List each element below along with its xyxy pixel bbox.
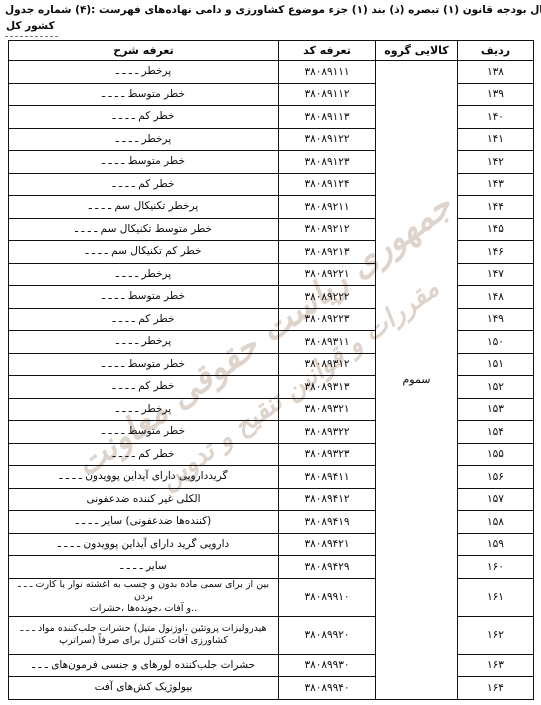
- tariff-code-cell: ۳۸۰۸۹۲۱۱: [279, 196, 376, 219]
- row-number-cell: ۱۶۰: [458, 556, 534, 579]
- tariff-description-cell: ـ‎ ـ‎ ـ‎ ـ‎ سایر‎ (ضدعفونی‎ کننده‌ها): [9, 511, 279, 534]
- tariff-code-cell: ۳۸۰۸۹۲۲۱: [279, 263, 376, 286]
- row-number-cell: ۱۵۴: [458, 421, 534, 444]
- tariff-description-cell: ـ‎ ـ‎ ـ‎ ـ‎ متوسط‎ خطر: [9, 151, 279, 174]
- header-goods-group: گروه‎ کالایی: [376, 41, 458, 61]
- row-number-cell: ۱۵۲: [458, 376, 534, 399]
- row-number-cell: ۱۳۹: [458, 83, 534, 106]
- tariff-description-cell: ـ‎ ـ‎ ـ‎ ـ‎ پوویدون‎ آیداین‎ دارای‎ گرید…: [9, 466, 279, 489]
- tariff-description-cell: ـ‎ ـ‎ ـ‎ ـ‎ کم‎ خطر: [9, 173, 279, 196]
- title-line-2: کل‎ کشور: [5, 19, 538, 37]
- row-number-cell: ۱۴۶: [458, 241, 534, 264]
- document-title: جدول‎ شماره‎ (۴):‎ فهرست‎ نهاده‌های‎ دام…: [5, 3, 538, 37]
- tariff-code-cell: ۳۸۰۸۹۱۱۳: [279, 106, 376, 129]
- title-line-1: جدول‎ شماره‎ (۴):‎ فهرست‎ نهاده‌های‎ دام…: [5, 3, 538, 19]
- row-number-cell: ۱۴۸: [458, 286, 534, 309]
- tariff-description-cell: ـ‎ ـ‎ ـ‎ ـ‎ پرخطر: [9, 331, 279, 354]
- row-number-cell: ۱۳۸: [458, 61, 534, 84]
- tariff-code-cell: ۳۸۰۸۹۲۲۳: [279, 308, 376, 331]
- row-number-cell: ۱۴۲: [458, 151, 534, 174]
- tariff-description-cell: ـ‎ ـ‎ ـ‎ ـ‎ متوسط‎ خطر: [9, 421, 279, 444]
- tariff-description-cell: ـ‎ ـ‎ ـ‎ ـ‎ متوسط‎ خطر: [9, 353, 279, 376]
- row-number-cell: ۱۶۱: [458, 578, 534, 616]
- row-number-cell: ۱۴۳: [458, 173, 534, 196]
- tariff-code-cell: ۳۸۰۸۹۲۱۲: [279, 218, 376, 241]
- tariff-description-cell: ـ‎ ـ‎ ـ‎ ـ‎ سم‎ تکنیکال‎ متوسط‎ خطر: [9, 218, 279, 241]
- tariff-table: شرح‎ تعرفه کد‎ تعرفه گروه‎ کالایی ردیف ـ…: [8, 40, 534, 700]
- tariff-code-cell: ۳۸۰۸۹۳۲۲: [279, 421, 376, 444]
- tariff-description-cell: ـ‎ ـ‎ ـ‎ مواد‎ جلب‌کننده‎ حشرات‎ (متیل‎ …: [9, 616, 279, 654]
- tariff-code-cell: ۳۸۰۸۹۴۲۱: [279, 533, 376, 556]
- tariff-code-cell: ۳۸۰۸۹۳۱۱: [279, 331, 376, 354]
- row-number-cell: ۱۵۶: [458, 466, 534, 489]
- header-tariff-description: شرح‎ تعرفه: [9, 41, 279, 61]
- table-header-row: شرح‎ تعرفه کد‎ تعرفه گروه‎ کالایی ردیف: [9, 41, 534, 61]
- document-page: معاونت‎ حقوقی‎ ریاست‎ جمهوری تدوین‎ و‎ ت…: [0, 0, 541, 705]
- header-row-number: ردیف: [458, 41, 534, 61]
- tariff-description-cell: ـ‎ ـ‎ ـ‎ ـ‎ پرخطر: [9, 128, 279, 151]
- tariff-code-cell: ۳۸۰۸۹۹۲۰: [279, 616, 376, 654]
- tariff-code-cell: ۳۸۰۸۹۱۲۲: [279, 128, 376, 151]
- tariff-description-cell: ـ‎ ـ‎ ـ‎ ـ‎ پوویدون‎ آیداین‎ دارای‎ گرید…: [9, 533, 279, 556]
- tariff-code-cell: ۳۸۰۸۹۳۱۳: [279, 376, 376, 399]
- tariff-code-cell: ۳۸۰۸۹۹۱۰: [279, 578, 376, 616]
- tariff-description-cell: ـ‎ ـ‎ ـ‎ ـ‎ کم‎ خطر: [9, 106, 279, 129]
- tariff-code-cell: ۳۸۰۸۹۹۳۰: [279, 654, 376, 677]
- tariff-code-cell: ۳۸۰۸۹۱۱۲: [279, 83, 376, 106]
- table-row: ـ‎ ـ‎ ـ‎ ـ‎ پرخطر۳۸۰۸۹۱۱۱سموم۱۳۸: [9, 61, 534, 84]
- tariff-description-cell: ـ‎ ـ‎ ـ‎ ـ‎ پرخطر: [9, 398, 279, 421]
- row-number-cell: ۱۶۲: [458, 616, 534, 654]
- tariff-code-cell: ۳۸۰۸۹۱۲۳: [279, 151, 376, 174]
- row-number-cell: ۱۵۵: [458, 443, 534, 466]
- tariff-description-cell: ـ‎ ـ‎ ـ‎ ـ‎ پرخطر: [9, 263, 279, 286]
- tariff-code-cell: ۳۸۰۸۹۳۱۲: [279, 353, 376, 376]
- header-tariff-code: کد‎ تعرفه: [279, 41, 376, 61]
- goods-group-cell: سموم: [376, 61, 458, 700]
- tariff-description-cell: ـ‎ ـ‎ ـ‎ ـ‎ سم‎ تکنیکال‎ کم‎ خطر: [9, 241, 279, 264]
- tariff-code-cell: ۳۸۰۸۹۴۱۹: [279, 511, 376, 534]
- tariff-description-cell: آفت‎ کش‌های‎ بیولوژیک: [9, 677, 279, 700]
- tariff-description-cell: ـ‎ ـ‎ ـ‎ ـ‎ کم‎ خطر: [9, 308, 279, 331]
- tariff-code-cell: ۳۸۰۸۹۹۴۰: [279, 677, 376, 700]
- row-number-cell: ۱۶۳: [458, 654, 534, 677]
- row-number-cell: ۱۵۷: [458, 488, 534, 511]
- row-number-cell: ۱۵۱: [458, 353, 534, 376]
- row-number-cell: ۱۴۷: [458, 263, 534, 286]
- row-number-cell: ۱۵۹: [458, 533, 534, 556]
- tariff-code-cell: ۳۸۰۸۹۱۲۴: [279, 173, 376, 196]
- tariff-code-cell: ۳۸۰۸۹۴۱۱: [279, 466, 376, 489]
- row-number-cell: ۱۵۳: [458, 398, 534, 421]
- tariff-description-cell: ضدعفونی‎ کننده‎ غیر‎ الکلی: [9, 488, 279, 511]
- row-number-cell: ۱۴۵: [458, 218, 534, 241]
- tariff-description-cell: ـ‎ ـ‎ ـ‎ ـ‎ متوسط‎ خطر: [9, 83, 279, 106]
- tariff-description-cell: ـ‎ ـ‎ ـ‎ ـ‎ پرخطر: [9, 61, 279, 84]
- tariff-code-cell: ۳۸۰۸۹۳۲۳: [279, 443, 376, 466]
- tariff-description-cell: ـ‎ ـ‎ ـ‎ ـ‎ سایر: [9, 556, 279, 579]
- tariff-code-cell: ۳۸۰۸۹۱۱۱: [279, 61, 376, 84]
- tariff-description-cell: ـ‎ ـ‎ ـ‎ ـ‎ متوسط‎ خطر: [9, 286, 279, 309]
- tariff-description-cell: ـ‎ ـ‎ ـ‎ کارت‎ یا‎ نوار‎ آغشته‎ به‎ چسب‎…: [9, 578, 279, 616]
- tariff-code-cell: ۳۸۰۸۹۴۲۹: [279, 556, 376, 579]
- row-number-cell: ۱۴۱: [458, 128, 534, 151]
- tariff-code-cell: ۳۸۰۸۹۲۲۲: [279, 286, 376, 309]
- tariff-code-cell: ۳۸۰۸۹۲۱۳: [279, 241, 376, 264]
- row-number-cell: ۱۴۴: [458, 196, 534, 219]
- row-number-cell: ۱۵۸: [458, 511, 534, 534]
- row-number-cell: ۱۴۰: [458, 106, 534, 129]
- row-number-cell: ۱۵۰: [458, 331, 534, 354]
- tariff-code-cell: ۳۸۰۸۹۴۱۲: [279, 488, 376, 511]
- tariff-code-cell: ۳۸۰۸۹۳۲۱: [279, 398, 376, 421]
- tariff-description-cell: ـ‎ ـ‎ ـ‎ ـ‎ کم‎ خطر: [9, 376, 279, 399]
- tariff-description-cell: ـ‎ ـ‎ ـ‎ ـ‎ کم‎ خطر: [9, 443, 279, 466]
- row-number-cell: ۱۴۹: [458, 308, 534, 331]
- tariff-description-cell: ـ‎ ـ‎ ـ‎ فرمون‌های‎ جنسی‎ و‎ لورهای‎ جلب…: [9, 654, 279, 677]
- tariff-description-cell: ـ‎ ـ‎ ـ‎ ـ‎ سم‎ تکنیکال‎ پرخطر: [9, 196, 279, 219]
- row-number-cell: ۱۶۴: [458, 677, 534, 700]
